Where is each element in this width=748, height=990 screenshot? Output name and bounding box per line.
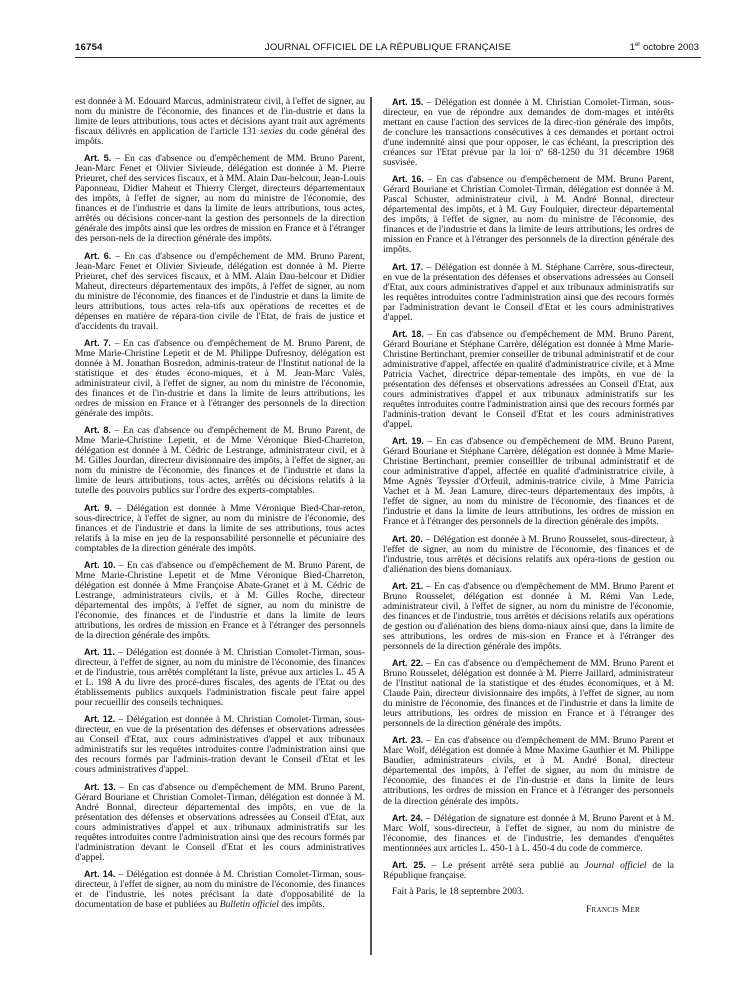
publication-date: 1er octobre 2003 [630,42,699,53]
article-21: Art. 21. – En cas d'absence ou d'empêche… [383,581,674,652]
article-text: – Délégation est donnée à Mme Véronique … [75,503,365,554]
article-19: Art. 19. – En cas d'absence ou d'empêche… [383,436,674,527]
article-17: Art. 17. – Délégation est donnée à M. St… [383,262,674,323]
article-label: Art. 5. [84,153,111,163]
article-11: Art. 11. – Délégation est donnée à M. Ch… [75,647,365,708]
article-5: Art. 5. – En cas d'absence ou d'empêchem… [75,153,365,244]
journal-title: JOURNAL OFFICIEL DE LA RÉPUBLIQUE FRANÇA… [75,42,701,53]
italic-term: Journal officiel [585,860,647,871]
article-text: – En cas d'absence ou d'empêchement de M… [383,581,674,652]
article-15: Art. 15. – Délégation est donnée à M. Ch… [383,97,674,168]
article-label: Art. 14. [84,869,115,879]
article-23: Art. 23. – En cas d'absence ou d'empêche… [383,735,674,806]
article-text: – Délégation de signature est donnée à M… [383,813,674,854]
article-text: – En cas d'absence ou d'empêchement de M… [383,658,674,729]
closing-line: Fait à Paris, le 18 septembre 2003. [383,887,674,897]
article-text: – Délégation est donnée à M. Christian C… [75,714,365,775]
article-10: Art. 10. – En cas d'absence ou d'empêche… [75,560,365,641]
article-label: Art. 19. [392,436,424,446]
article-text: – En cas d'absence ou d'empêchement de M… [75,338,365,419]
article-text: – En cas d'absence ou d'empêchement de M… [75,425,365,496]
italic-term: sexies [260,126,283,137]
article-14: Art. 14. – Délégation est donnée à M. Ch… [75,869,365,910]
article-text: – En cas d'absence ou d'empêchement de M… [75,560,365,641]
left-column: est donnée à M. Edouard Marcus, administ… [75,97,365,916]
article-22: Art. 22. – En cas d'absence ou d'empêche… [383,658,674,729]
article-label: Art. 17. [392,262,423,272]
article-25: Art. 25. – Le présent arrêté sera publié… [383,860,674,881]
article-18: Art. 18. – En cas d'absence ou d'empêche… [383,329,674,430]
article-text: – En cas d'absence ou d'empêchement de M… [75,782,365,863]
article-label: Art. 18. [392,329,424,339]
article-12: Art. 12. – Délégation est donnée à M. Ch… [75,714,365,775]
article-label: Art. 23. [392,735,423,745]
article-label: Art. 6. [84,251,111,261]
article-label: Art. 9. [84,503,112,513]
article-label: Art. 20. [392,534,423,544]
signature: Francis Mer [383,905,674,915]
right-column: Art. 15. – Délégation est donnée à M. Ch… [383,97,674,915]
article-label: Art. 10. [84,560,115,570]
article-24: Art. 24. – Délégation de signature est d… [383,813,674,854]
article-16: Art. 16. – En cas d'absence ou d'empêche… [383,174,674,255]
article-20: Art. 20. – Délégation est donnée à M. Br… [383,534,674,575]
article-label: Art. 12. [84,714,115,724]
article-text: – Délégation est donnée à M. Christian C… [75,647,365,708]
article-text: – En cas d'absence ou d'empêchement de M… [383,174,674,255]
column-divider [370,97,372,955]
article-text: – En cas d'absence ou d'empêchement de M… [383,735,674,806]
header-divider [75,57,701,58]
article-text: – En cas d'absence ou d'empêchement de M… [75,153,365,244]
article-text: des impôts. [279,899,325,910]
article-9: Art. 9. – Délégation est donnée à Mme Vé… [75,503,365,554]
article-text: – Délégation est donnée à M. Christian C… [383,97,674,168]
italic-term: Bulletin officiel [220,899,279,910]
article-label: Art. 24. [392,813,423,823]
article-label: Art. 22. [392,658,423,668]
article-6: Art. 6. – En cas d'absence ou d'empêchem… [75,251,365,332]
article-7: Art. 7. – En cas d'absence ou d'empêchem… [75,338,365,419]
article-text: – Délégation est donnée à M. Bruno Rouss… [383,534,674,575]
article-label: Art. 7. [84,338,111,348]
article-8: Art. 8. – En cas d'absence ou d'empêchem… [75,425,365,496]
date-month-year: octobre 2003 [640,42,699,53]
article-label: Art. 21. [392,581,423,591]
page-header: 16754 JOURNAL OFFICIEL DE LA RÉPUBLIQUE … [75,40,701,56]
article-text: – Délégation est donnée à M. Stéphane Ca… [383,262,674,323]
article-label: Art. 8. [84,425,111,435]
article-label: Art. 15. [392,97,423,107]
continuation-paragraph: est donnée à M. Edouard Marcus, administ… [75,97,365,147]
article-label: Art. 13. [84,782,116,792]
article-label: Art. 11. [84,647,115,657]
article-label: Art. 16. [392,174,424,184]
article-13: Art. 13. – En cas d'absence ou d'empêche… [75,782,365,863]
article-text: – En cas d'absence ou d'empêchement de M… [383,436,674,527]
article-label: Art. 25. [392,860,426,870]
article-text: – En cas d'absence ou d'empêchement de M… [383,329,674,430]
article-text: – En cas d'absence ou d'empêchement de M… [75,251,365,332]
